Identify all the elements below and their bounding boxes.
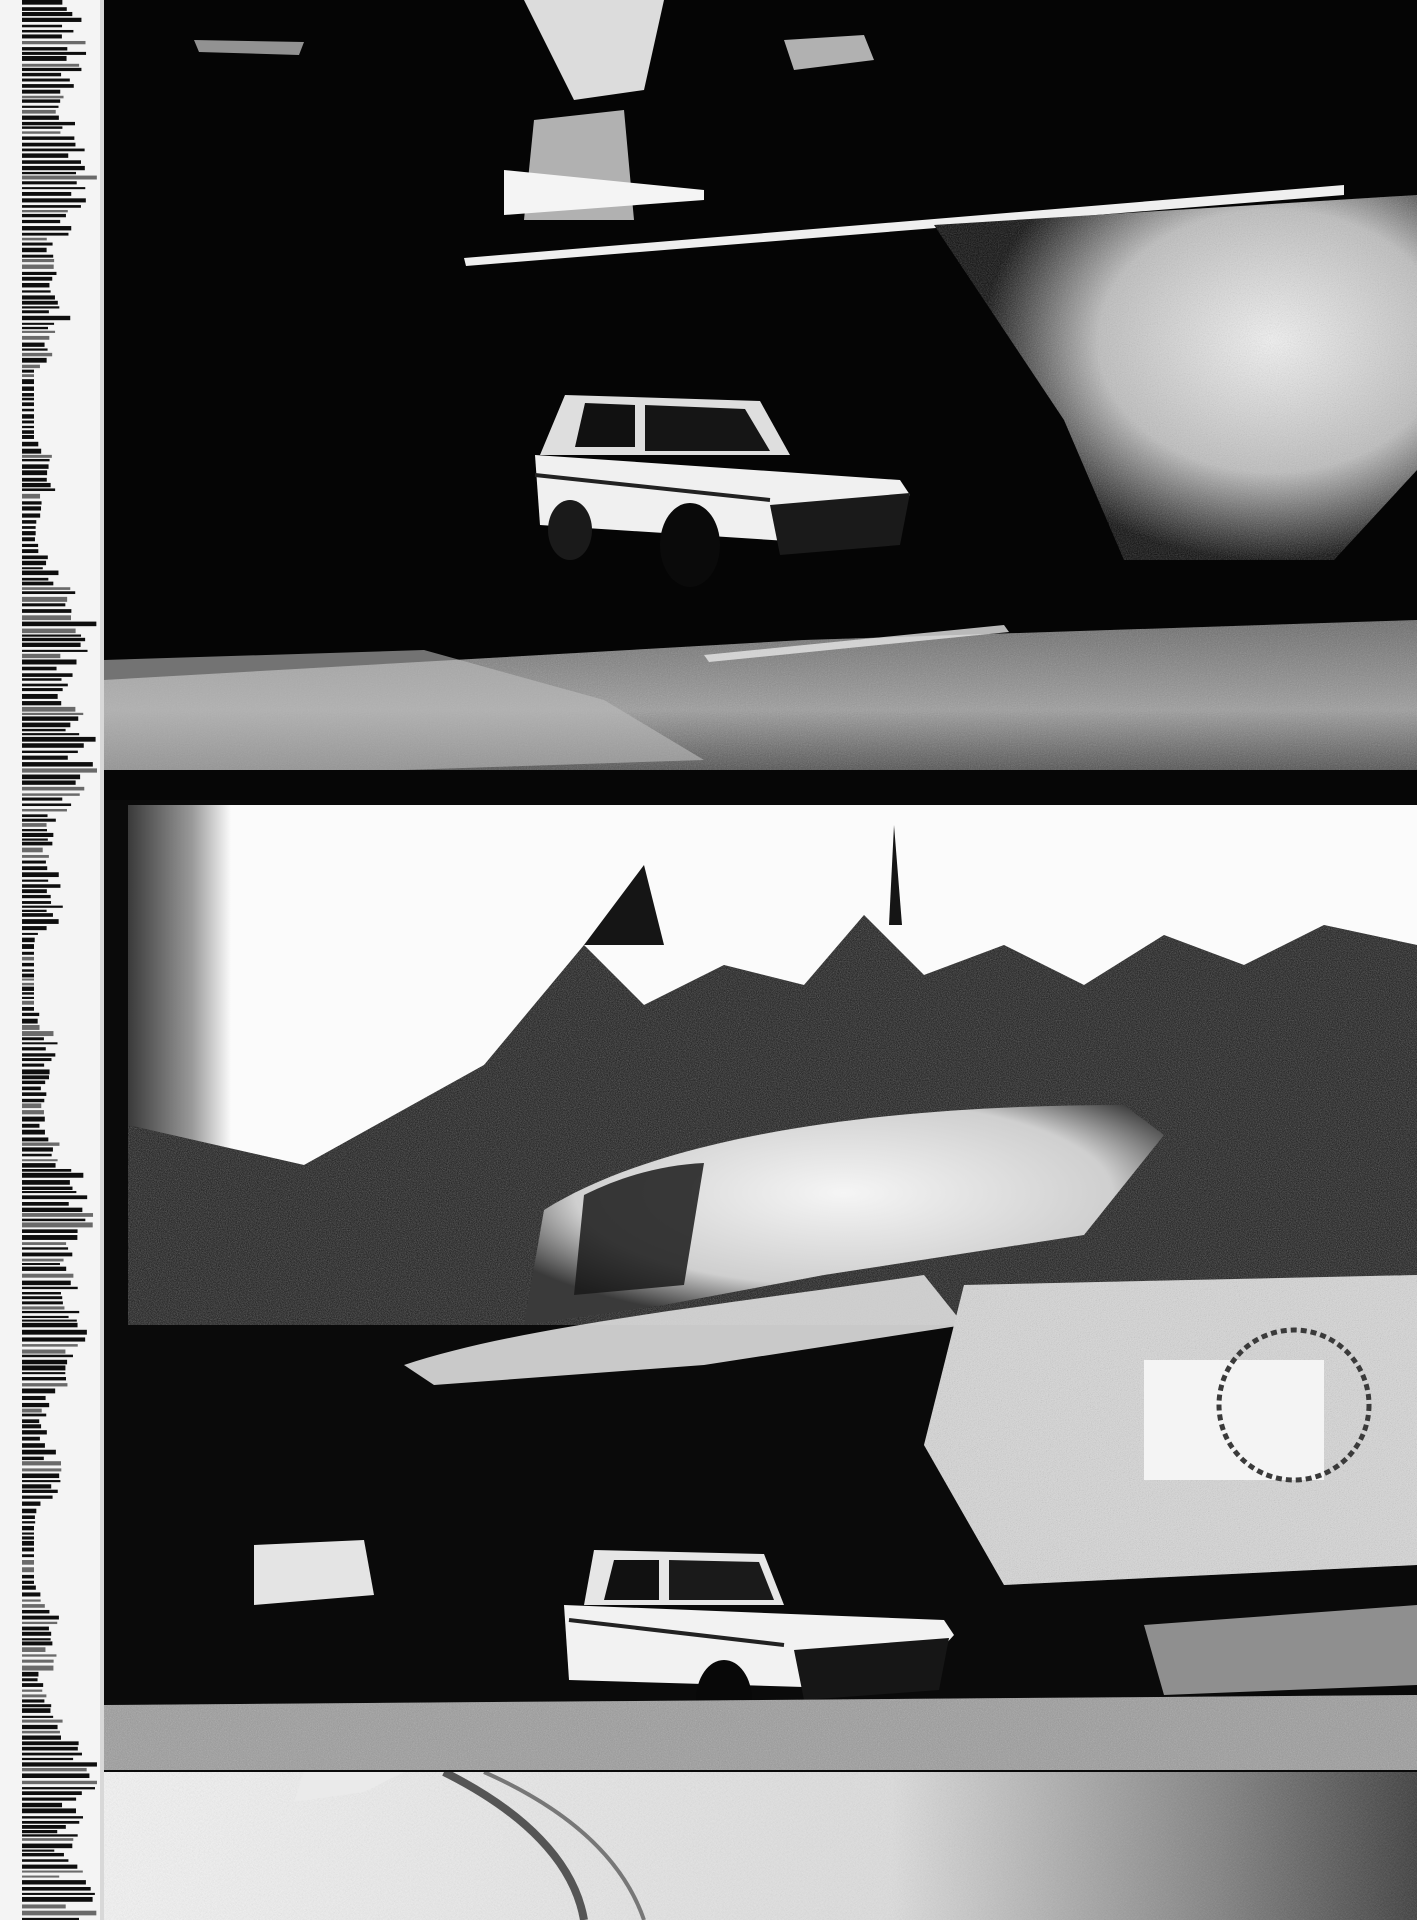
frame-bottom-scene (104, 1772, 1417, 1920)
frame-middle-scene (104, 805, 1417, 1770)
lit-patch-left (254, 1540, 374, 1605)
frame-bottom (104, 1772, 1417, 1920)
reflection-panel (1144, 1360, 1324, 1480)
optical-soundtrack (0, 0, 103, 1920)
soundtrack-waveform (0, 0, 103, 1920)
frame-top-scene (104, 0, 1417, 800)
frame-top (104, 0, 1417, 800)
film-strip (0, 0, 1417, 1920)
frame-middle (104, 805, 1417, 1770)
